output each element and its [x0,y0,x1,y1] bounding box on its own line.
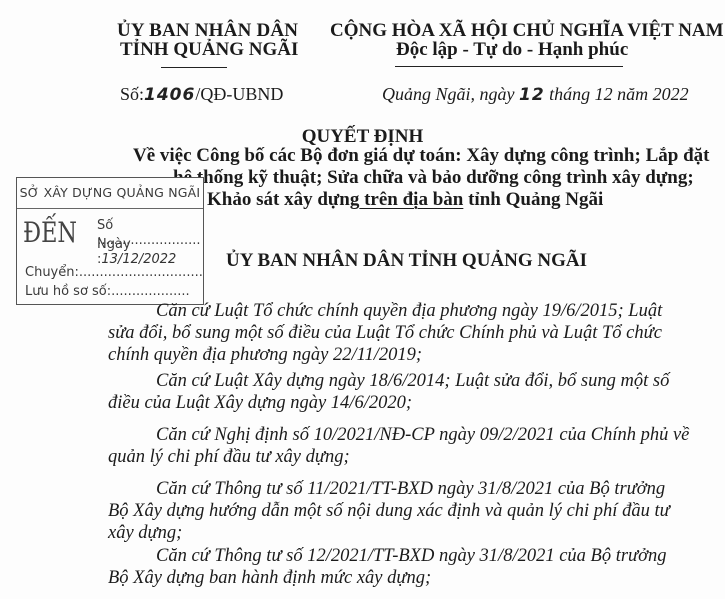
paragraph-line: Bộ Xây dựng hướng dẫn một số nội dung xá… [108,500,714,522]
motto-divider [395,66,623,67]
subject-line-3c: tỉnh Quảng Ngãi [463,189,603,210]
paragraph-line: sửa đổi, bổ sung một số điều của Luật Tổ… [108,322,714,344]
received-stamp: SỞ XÂY DỰNG QUẢNG NGÃI ĐẾN Số :.........… [16,177,204,305]
stamp-archive: Lưu hồ sơ số:................... [25,284,190,299]
subject-line-1: Về việc Công bố các Bộ đơn giá dự toán: … [133,145,709,167]
document-number: Số:1406/QĐ-UBND [120,84,283,105]
stamp-received-label: ĐẾN [23,216,77,249]
subject-line-2: hệ thống kỹ thuật; Sửa chữa và bảo dưỡng… [173,167,694,189]
agency-divider [161,67,227,68]
docno-handwritten: 1406 [144,85,195,105]
stamp-archive-label: Lưu hồ sơ số: [25,284,111,299]
date-suffix: tháng 12 năm 2022 [549,84,689,104]
paragraph-line: Bộ Xây dựng ban hành định mức xây dựng; [108,567,714,589]
legal-basis-paragraph: Căn cứ Nghị định số 10/2021/NĐ-CP ngày 0… [108,424,714,468]
stamp-archive-value: ................... [111,284,190,299]
legal-basis-paragraph: Căn cứ Luật Tổ chức chính quyền địa phươ… [108,300,714,366]
issuing-agency-line2: TỈNH QUẢNG NGÃI [120,39,298,61]
subject-line-3a: Khảo sát xây dựng [207,189,359,210]
legal-basis-paragraph: Căn cứ Luật Xây dựng ngày 18/6/2014; Luậ… [108,370,714,414]
docno-suffix: /QĐ-UBND [195,84,283,104]
stamp-transfer: Chuyển:.............................. [25,265,203,280]
paragraph-line: chính quyền địa phương ngày 22/11/2019; [108,344,714,366]
paragraph-line: xây dựng; [108,522,714,544]
subject-line-3b: trên địa bàn [359,189,463,210]
paragraph-line: Căn cứ Thông tư số 12/2021/TT-BXD ngày 3… [108,545,714,567]
paragraph-line: quản lý chi phí đầu tư xây dựng; [108,446,714,468]
date-prefix: Quảng Ngãi, ngày [382,84,515,104]
national-motto: Độc lập - Tự do - Hạnh phúc [396,39,628,61]
paragraph-line: Căn cứ Luật Tổ chức chính quyền địa phươ… [108,300,714,322]
legal-basis-paragraph: Căn cứ Thông tư số 11/2021/TT-BXD ngày 3… [108,478,714,544]
stamp-transfer-label: Chuyển: [25,265,79,280]
stamp-header: SỞ XÂY DỰNG QUẢNG NGÃI [17,178,203,209]
paragraph-line: Căn cứ Luật Xây dựng ngày 18/6/2014; Luậ… [108,370,714,392]
legal-basis-paragraph: Căn cứ Thông tư số 12/2021/TT-BXD ngày 3… [108,545,714,589]
paragraph-line: điều của Luật Xây dựng ngày 14/6/2020; [108,392,714,414]
issue-date: Quảng Ngãi, ngày 12 tháng 12 năm 2022 [382,84,689,105]
docno-prefix: Số: [120,84,144,104]
paragraph-line: Căn cứ Nghị định số 10/2021/NĐ-CP ngày 0… [108,424,714,446]
subject-line-3: Khảo sát xây dựng trên địa bàn tỉnh Quản… [207,189,603,211]
date-day-handwritten: 12 [519,85,545,105]
stamp-date: Ngày :13/12/2022 [97,237,203,267]
stamp-transfer-value: .............................. [79,265,203,280]
council-heading: ỦY BAN NHÂN DÂN TỈNH QUẢNG NGÃI [226,250,587,272]
paragraph-line: Căn cứ Thông tư số 11/2021/TT-BXD ngày 3… [108,478,714,500]
